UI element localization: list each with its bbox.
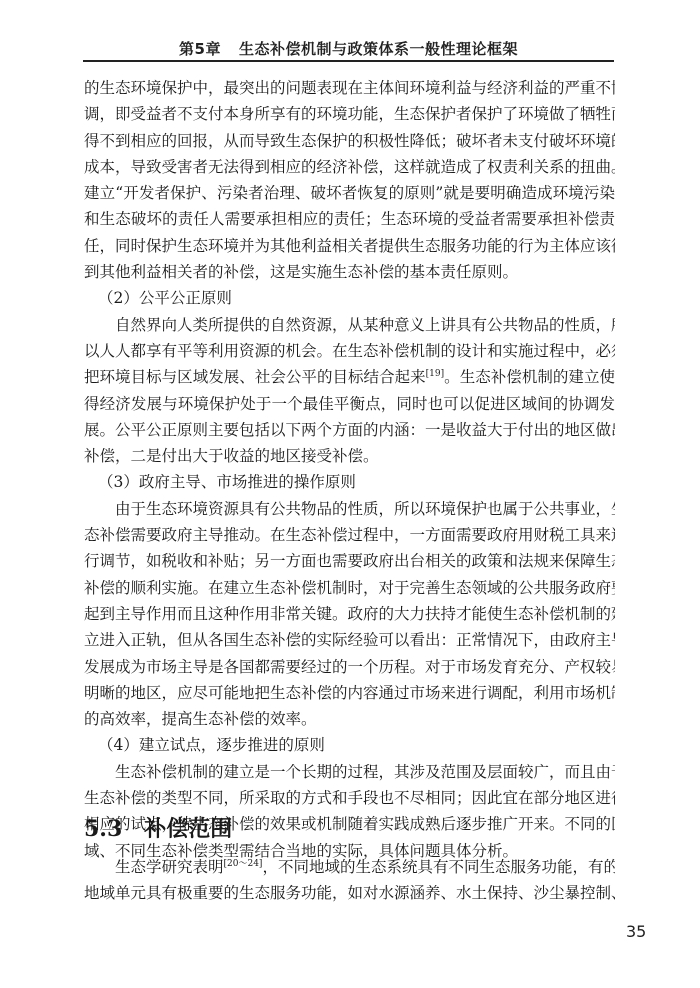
text-line: 得经济发展与环境保护处于一个最佳平衡点，同时也可以促进区域间的协调发 <box>84 391 615 417</box>
text-line: 成本，导致受害者无法得到相应的经济补偿，这样就造成了权责利关系的扭曲。 <box>84 154 615 180</box>
citation: [19] <box>426 369 444 379</box>
chapter-title: 生态补偿机制与政策体系一般性理论框架 <box>239 40 518 58</box>
text-segment: 。生态补偿机制的建立使 <box>444 368 615 386</box>
subheading-government-market: （3）政府主导、市场推进的操作原则 <box>84 469 615 495</box>
text-line: 地域单元具有极重要的生态服务功能，如对水源涵养、水土保持、沙尘暴控制、 <box>84 880 615 906</box>
text-line: 任，同时保护生态环境并为其他利益相关者提供生态服务功能的行为主体应该得 <box>84 233 615 259</box>
chapter-label: 第5章 <box>179 40 221 58</box>
citation: [20～24] <box>224 859 263 869</box>
text-line: 得不到相应的回报，从而导致生态保护的积极性降低；破坏者未支付破坏环境的 <box>84 128 615 154</box>
subheading-pilot: （4）建立试点，逐步推进的原则 <box>84 732 615 758</box>
text-line: 的高效率，提高生态补偿的效率。 <box>84 706 615 732</box>
text-segment: ，不同地域的生态系统具有不同生态服务功能，有的 <box>262 858 615 876</box>
text-line: 自然界向人类所提供的自然资源，从某种意义上讲具有公共物品的性质，所 <box>84 312 615 338</box>
text-line: 建立“开发者保护、污染者治理、破坏者恢复的原则”就是要明确造成环境污染 <box>84 180 615 206</box>
text-segment: 把环境目标与区域发展、社会公平的目标结合起来 <box>84 368 426 386</box>
body-text: 的生态环境保护中，最突出的问题表现在主体间环境利益与经济利益的严重不协 调，即受… <box>84 75 615 864</box>
text-line-with-citation: 生态学研究表明[20～24]，不同地域的生态系统具有不同生态服务功能，有的 <box>84 854 615 880</box>
page-number: 35 <box>626 922 646 941</box>
text-line: 生态补偿的类型不同，所采取的方式和手段也不尽相同；因此宜在部分地区进行 <box>84 785 615 811</box>
text-line: 立进入正轨，但从各国生态补偿的实际经验可以看出：正常情况下，由政府主导 <box>84 627 615 653</box>
text-line: 生态补偿机制的建立是一个长期的过程，其涉及范围及层面较广，而且由于 <box>84 759 615 785</box>
text-line: 由于生态环境资源具有公共物品的性质，所以环境保护也属于公共事业，生 <box>84 496 615 522</box>
subheading-fairness: （2）公平公正原则 <box>84 285 615 311</box>
text-line: 明晰的地区，应尽可能地把生态补偿的内容通过市场来进行调配，利用市场机制 <box>84 680 615 706</box>
text-line: 到其他利益相关者的补偿，这是实施生态补偿的基本责任原则。 <box>84 259 615 285</box>
text-line: 行调节，如税收和补贴；另一方面也需要政府出台相关的政策和法规来保障生态 <box>84 548 615 574</box>
text-line: 补偿，二是付出大于收益的地区接受补偿。 <box>84 443 615 469</box>
section-number: 5.3 <box>84 816 122 842</box>
text-line: 调，即受益者不支付本身所享有的环境功能，生态保护者保护了环境做了牺牲而 <box>84 101 615 127</box>
section-title: 补偿范围 <box>144 816 232 842</box>
section-heading: 5.3补偿范围 <box>84 812 232 843</box>
text-line: 展。公平公正原则主要包括以下两个方面的内涵：一是收益大于付出的地区做出 <box>84 417 615 443</box>
text-line: 起到主导作用而且这种作用非常关键。政府的大力扶持才能使生态补偿机制的建 <box>84 601 615 627</box>
text-line: 发展成为市场主导是各国都需要经过的一个历程。对于市场发育充分、产权较易 <box>84 654 615 680</box>
section-body: 生态学研究表明[20～24]，不同地域的生态系统具有不同生态服务功能，有的 地域… <box>84 854 615 907</box>
text-line: 和生态破坏的责任人需要承担相应的责任；生态环境的受益者需要承担补偿责 <box>84 206 615 232</box>
text-line: 态补偿需要政府主导推动。在生态补偿过程中，一方面需要政府用财税工具来进 <box>84 522 615 548</box>
text-line: 的生态环境保护中，最突出的问题表现在主体间环境利益与经济利益的严重不协 <box>84 75 615 101</box>
text-line: 以人人都享有平等利用资源的机会。在生态补偿机制的设计和实施过程中，必须 <box>84 338 615 364</box>
header-rule <box>83 60 614 62</box>
text-segment: 生态学研究表明 <box>115 858 224 876</box>
text-line-with-citation: 把环境目标与区域发展、社会公平的目标结合起来[19]。生态补偿机制的建立使 <box>84 364 615 390</box>
running-header: 第5章生态补偿机制与政策体系一般性理论框架 <box>83 38 614 60</box>
text-line: 补偿的顺利实施。在建立生态补偿机制时，对于完善生态领域的公共服务政府要 <box>84 575 615 601</box>
